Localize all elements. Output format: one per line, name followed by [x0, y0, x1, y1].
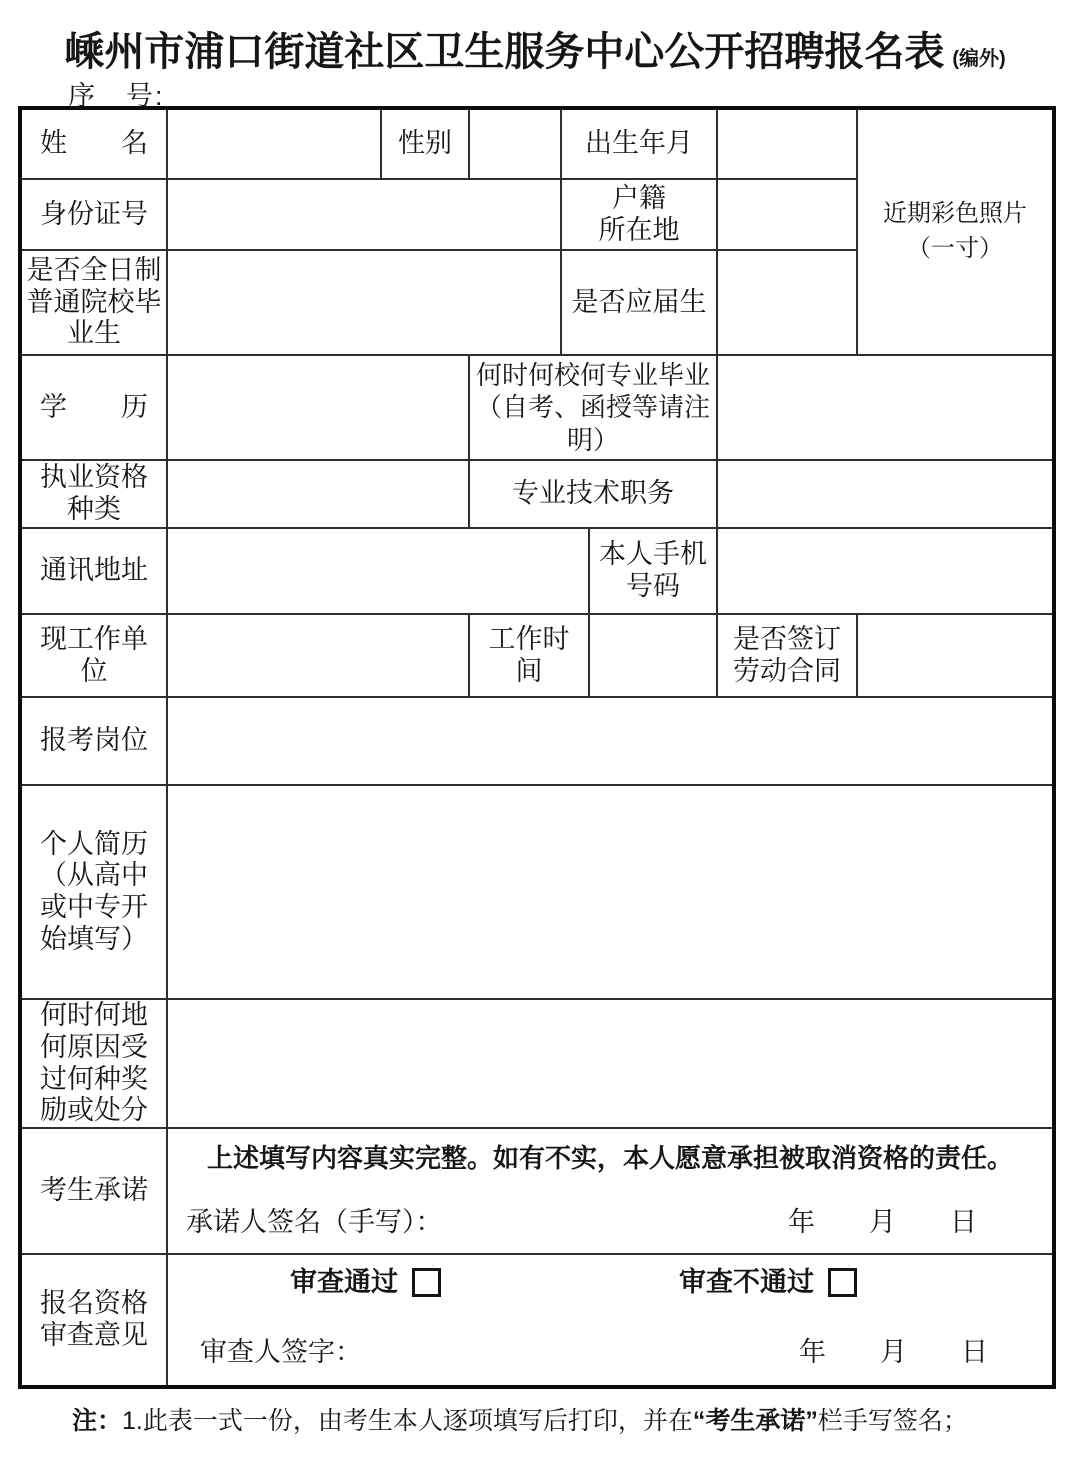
- fresh-grad-field-label: 是否应届生: [562, 251, 718, 356]
- prof-title-field-label: 专业技术职务: [470, 461, 718, 529]
- pledge-signature-row: 承诺人签名（手写）： 年 月 日: [186, 1207, 1034, 1239]
- labor-contract-field-label: 是否签订 劳动合同: [718, 615, 858, 698]
- photo-placeholder-cell: 近期彩色照片 （一寸）: [858, 110, 1052, 356]
- review-field-label: 报名资格 审查意见: [22, 1255, 168, 1385]
- footnote-bold-part: “考生承诺”: [693, 1407, 818, 1435]
- work-time-input-cell: [590, 615, 718, 698]
- gender-input-cell: [470, 110, 562, 180]
- footnote-part2: 栏手写签名；: [818, 1407, 968, 1435]
- application-form-table: 姓 名 性别 出生年月 近期彩色照片 （一寸） 身份证号 户籍 所在地 是否全日…: [18, 106, 1056, 1389]
- review-fail-option: 审查不通过: [679, 1267, 857, 1299]
- review-sign-label: 审查人签字：: [200, 1337, 362, 1369]
- education-field-label: 学 历: [22, 356, 168, 461]
- review-pass-option: 审查通过: [290, 1267, 441, 1299]
- application-form-page: 嵊州市浦口街道社区卫生服务中心公开招聘报名表(编外) 序 号: 姓 名 性别 出…: [0, 0, 1070, 1470]
- household-field-label: 户籍 所在地: [562, 180, 718, 251]
- checkbox-icon: [412, 1268, 441, 1297]
- pledge-statement: 上述填写内容真实完整。如有不实，本人愿意承担被取消资格的责任。: [186, 1143, 1034, 1173]
- fulltime-grad-field-label: 是否全日制 普通院校毕 业生: [22, 251, 168, 356]
- awards-field-label: 何时何地 何原因受 过何种奖 励或处分: [22, 1000, 168, 1129]
- form-title-text: 嵊州市浦口街道社区卫生服务中心公开招聘报名表: [64, 30, 944, 74]
- pledge-date-line: 年 月 日: [788, 1207, 977, 1239]
- review-fail-label: 审查不通过: [679, 1267, 814, 1299]
- work-time-field-label: 工作时 间: [470, 615, 590, 698]
- review-pass-label: 审查通过: [290, 1267, 398, 1299]
- pledge-field-label: 考生承诺: [22, 1129, 168, 1255]
- birthdate-field-label: 出生年月: [562, 110, 718, 180]
- checkbox-icon: [828, 1268, 857, 1297]
- page-title: 嵊州市浦口街道社区卫生服务中心公开招聘报名表(编外): [0, 20, 1070, 77]
- graduation-info-field-label: 何时何校何专业毕业 （自考、函授等请注 明）: [470, 356, 718, 461]
- resume-field-label: 个人简历 （从高中 或中专开 始填写）: [22, 786, 168, 1000]
- form-title-suffix: (编外): [952, 48, 1005, 70]
- name-field-label: 姓 名: [22, 110, 168, 180]
- employer-field-label: 现工作单 位: [22, 615, 168, 698]
- birthdate-input-cell: [718, 110, 858, 180]
- gender-field-label: 性别: [382, 110, 470, 180]
- pledge-content-cell: 上述填写内容真实完整。如有不实，本人愿意承担被取消资格的责任。 承诺人签名（手写…: [168, 1129, 1052, 1255]
- pledge-sign-label: 承诺人签名（手写）：: [186, 1207, 443, 1239]
- license-type-input-cell: [168, 461, 470, 529]
- footnote: 注：1.此表一式一份，由考生本人逐项填写后打印，并在“考生承诺”栏手写签名；: [72, 1401, 968, 1437]
- license-type-field-label: 执业资格 种类: [22, 461, 168, 529]
- review-check-row: 审查通过 审查不通过: [186, 1267, 1034, 1299]
- footnote-prefix: 注：: [72, 1407, 122, 1435]
- footnote-part1: 1.此表一式一份，由考生本人逐项填写后打印，并在: [122, 1407, 693, 1435]
- name-input-cell: [168, 110, 382, 180]
- mobile-field-label: 本人手机 号码: [590, 529, 718, 615]
- graduation-info-input-cell: [718, 356, 1052, 461]
- resume-input-cell: [168, 786, 1052, 1000]
- position-field-label: 报考岗位: [22, 698, 168, 786]
- prof-title-input-cell: [718, 461, 1052, 529]
- fulltime-grad-input-cell: [168, 251, 562, 356]
- review-date-line: 年 月 日: [799, 1337, 988, 1369]
- address-field-label: 通讯地址: [22, 529, 168, 615]
- fresh-grad-input-cell: [718, 251, 858, 356]
- id-number-input-cell: [168, 180, 562, 251]
- mobile-input-cell: [718, 529, 1052, 615]
- awards-input-cell: [168, 1000, 1052, 1129]
- id-number-field-label: 身份证号: [22, 180, 168, 251]
- employer-input-cell: [168, 615, 470, 698]
- review-content-cell: 审查通过 审查不通过 审查人签字： 年 月 日: [168, 1255, 1052, 1385]
- household-input-cell: [718, 180, 858, 251]
- education-input-cell: [168, 356, 470, 461]
- review-signature-row: 审查人签字： 年 月 日: [186, 1337, 1034, 1369]
- position-input-cell: [168, 698, 1052, 786]
- address-input-cell: [168, 529, 590, 615]
- labor-contract-input-cell: [858, 615, 1052, 698]
